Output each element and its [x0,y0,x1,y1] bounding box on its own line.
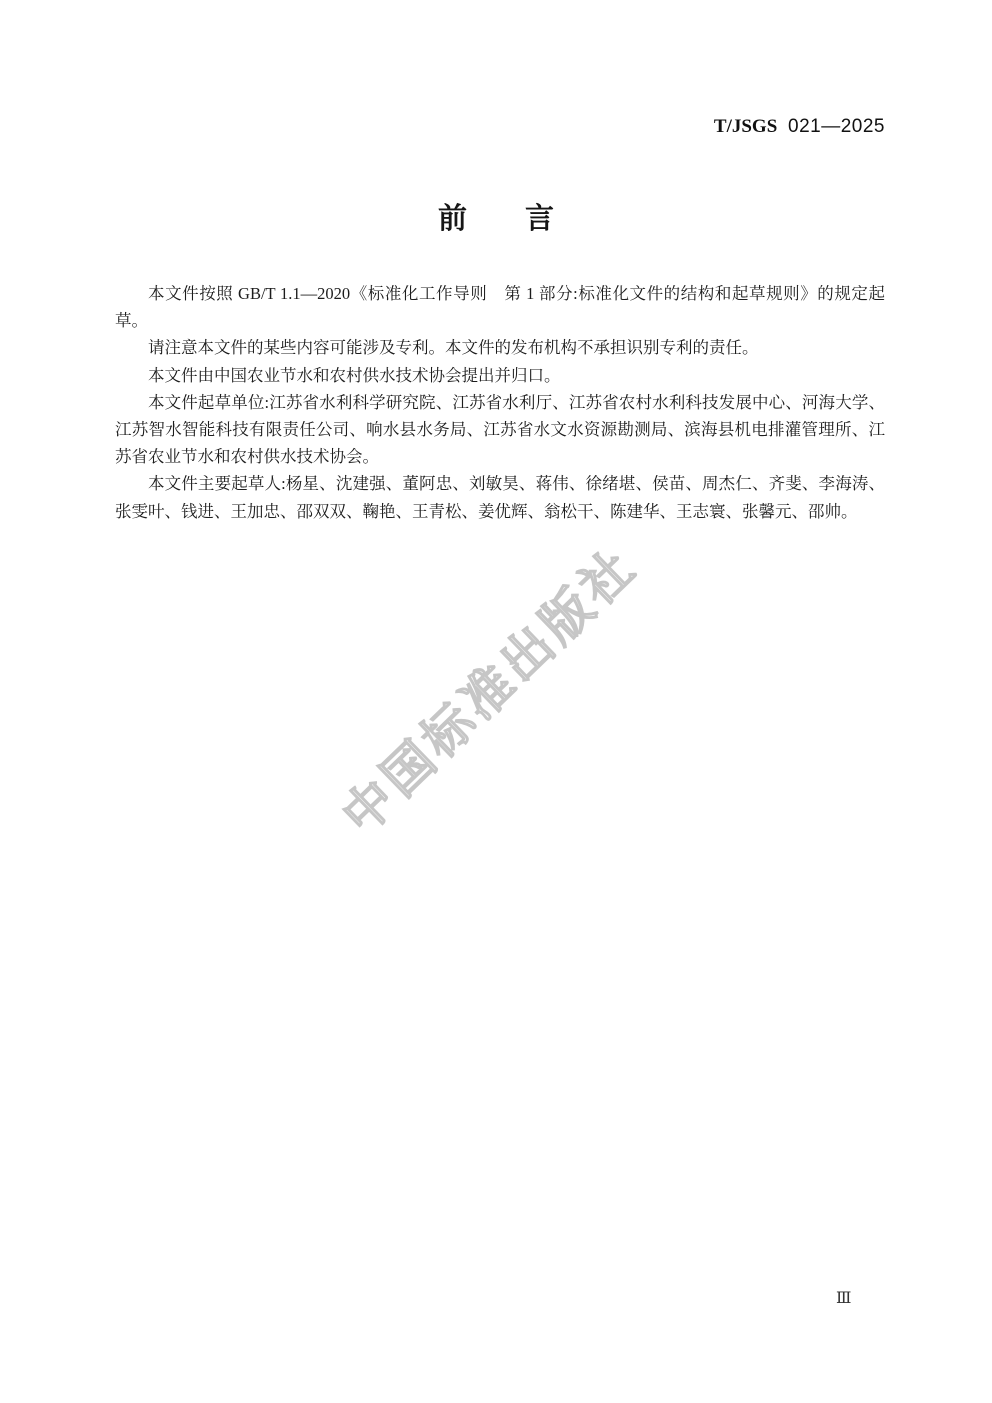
paragraph-proposing-body: 本文件由中国农业节水和农村供水技术协会提出并归口。 [115,362,885,389]
paragraph-drafting-basis: 本文件按照 GB/T 1.1—2020《标准化工作导则 第 1 部分:标准化文件… [115,280,885,334]
standard-code-number: 021—2025 [788,116,885,137]
paragraph-patent-notice: 请注意本文件的某些内容可能涉及专利。本文件的发布机构不承担识别专利的责任。 [115,334,885,361]
standard-code-prefix: T/JSGS [714,116,777,137]
foreword-title: 前 言 [0,196,992,237]
document-page: T/JSGS 021—2025 前 言 本文件按照 GB/T 1.1—2020《… [0,0,992,1403]
paragraph-main-drafters: 本文件主要起草人:杨星、沈建强、董阿忠、刘敏昊、蒋伟、徐绪堪、侯苗、周杰仁、齐斐… [115,470,885,524]
paragraph-drafting-organizations: 本文件起草单位:江苏省水利科学研究院、江苏省水利厅、江苏省农村水利科技发展中心、… [115,389,885,471]
foreword-body: 本文件按照 GB/T 1.1—2020《标准化工作导则 第 1 部分:标准化文件… [115,280,885,525]
standard-code: T/JSGS 021—2025 [714,116,885,138]
page-number: Ⅲ [836,1288,851,1308]
publisher-watermark: 中国标准出版社 [324,528,651,847]
